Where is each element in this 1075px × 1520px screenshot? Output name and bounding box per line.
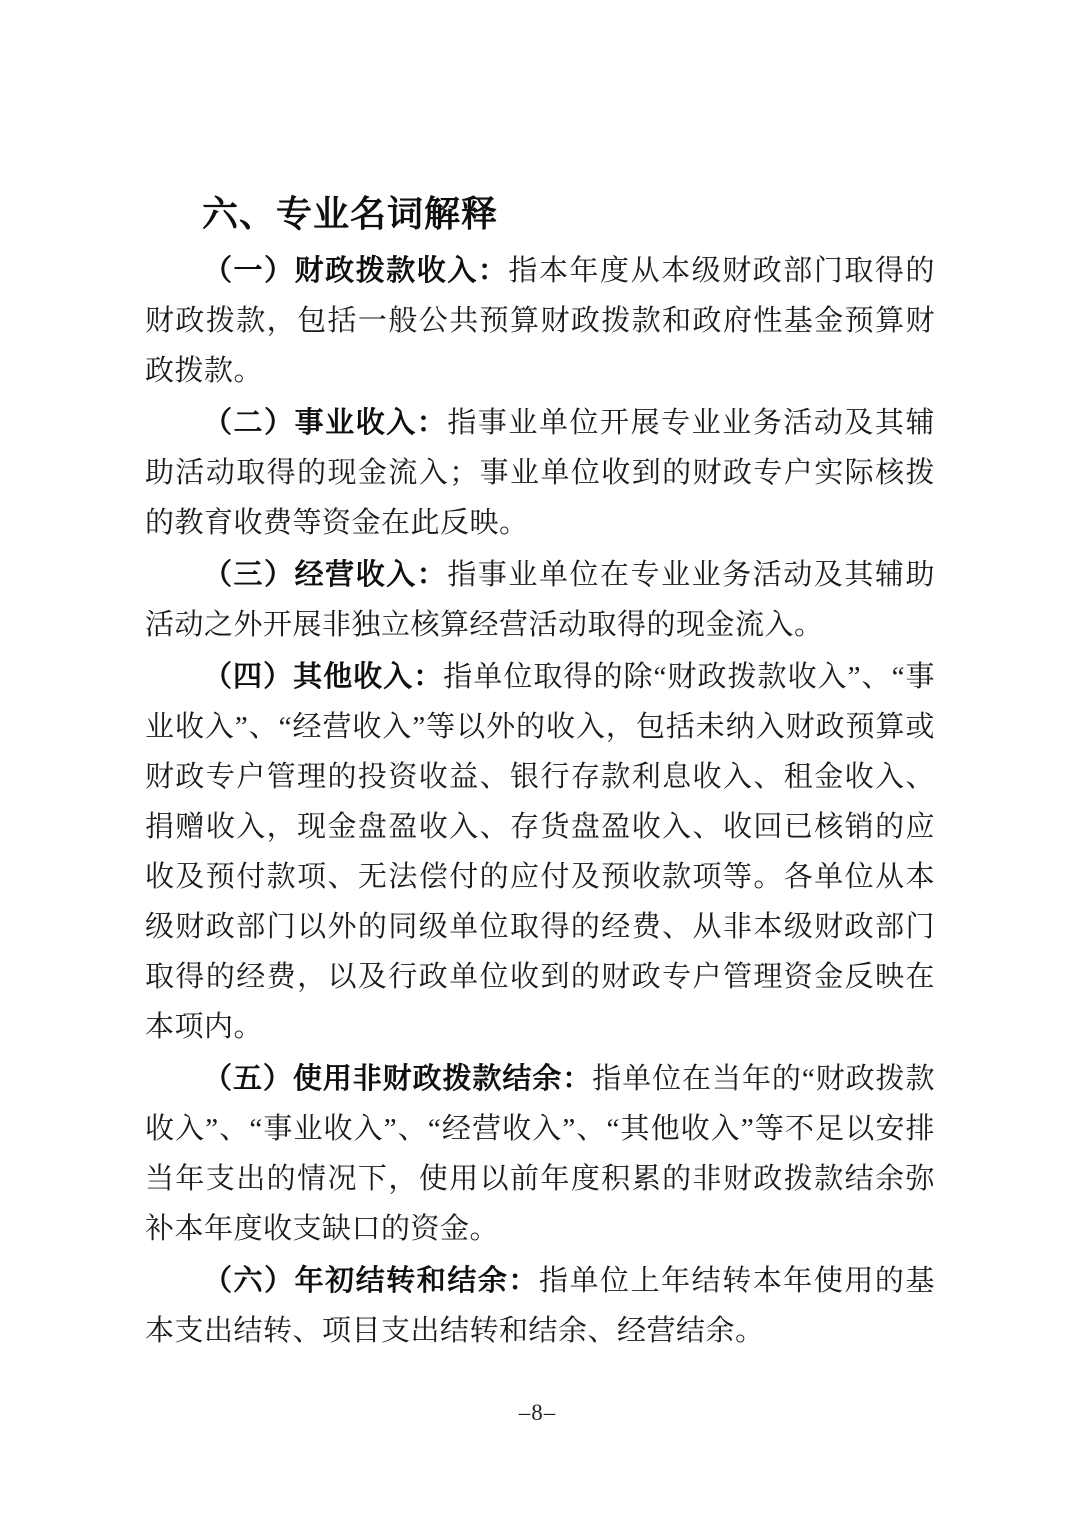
definition-para-non-fiscal-surplus: （五）使用非财政拨款结余：指单位在当年的“财政拨款收入”、“事业收入”、“经营收… <box>145 1054 935 1254</box>
definition-term: （三）经营收入： <box>203 559 447 591</box>
document-body: 六、专业名词解释 （一）财政拨款收入：指本年度从本级财政部门取得的财政拨款，包括… <box>145 190 935 1358</box>
definition-para-other-income: （四）其他收入：指单位取得的除“财政拨款收入”、“事业收入”、“经营收入”等以外… <box>145 652 935 1052</box>
definition-term: （四）其他收入： <box>203 661 443 693</box>
definition-term: （一）财政拨款收入： <box>203 255 508 287</box>
definition-term: （二）事业收入： <box>203 407 447 439</box>
section-title: 六、专业名词解释 <box>145 190 935 238</box>
definition-text: 指单位取得的除“财政拨款收入”、“事业收入”、“经营收入”等以外的收入，包括未纳… <box>145 661 935 1043</box>
definition-term: （五）使用非财政拨款结余： <box>203 1063 592 1095</box>
definition-para-business-income: （三）经营收入：指事业单位在专业业务活动及其辅助活动之外开展非独立核算经营活动取… <box>145 550 935 650</box>
definition-para-operating-income: （二）事业收入：指事业单位开展专业业务活动及其辅助活动取得的现金流入；事业单位收… <box>145 398 935 548</box>
definition-para-carryover-balance: （六）年初结转和结余：指单位上年结转本年使用的基本支出结转、项目支出结转和结余、… <box>145 1256 935 1356</box>
definition-term: （六）年初结转和结余： <box>203 1265 539 1297</box>
page-number: –8– <box>0 1398 1075 1428</box>
definition-para-fiscal-appropriation-income: （一）财政拨款收入：指本年度从本级财政部门取得的财政拨款，包括一般公共预算财政拨… <box>145 246 935 396</box>
document-page: 六、专业名词解释 （一）财政拨款收入：指本年度从本级财政部门取得的财政拨款，包括… <box>0 0 1075 1520</box>
